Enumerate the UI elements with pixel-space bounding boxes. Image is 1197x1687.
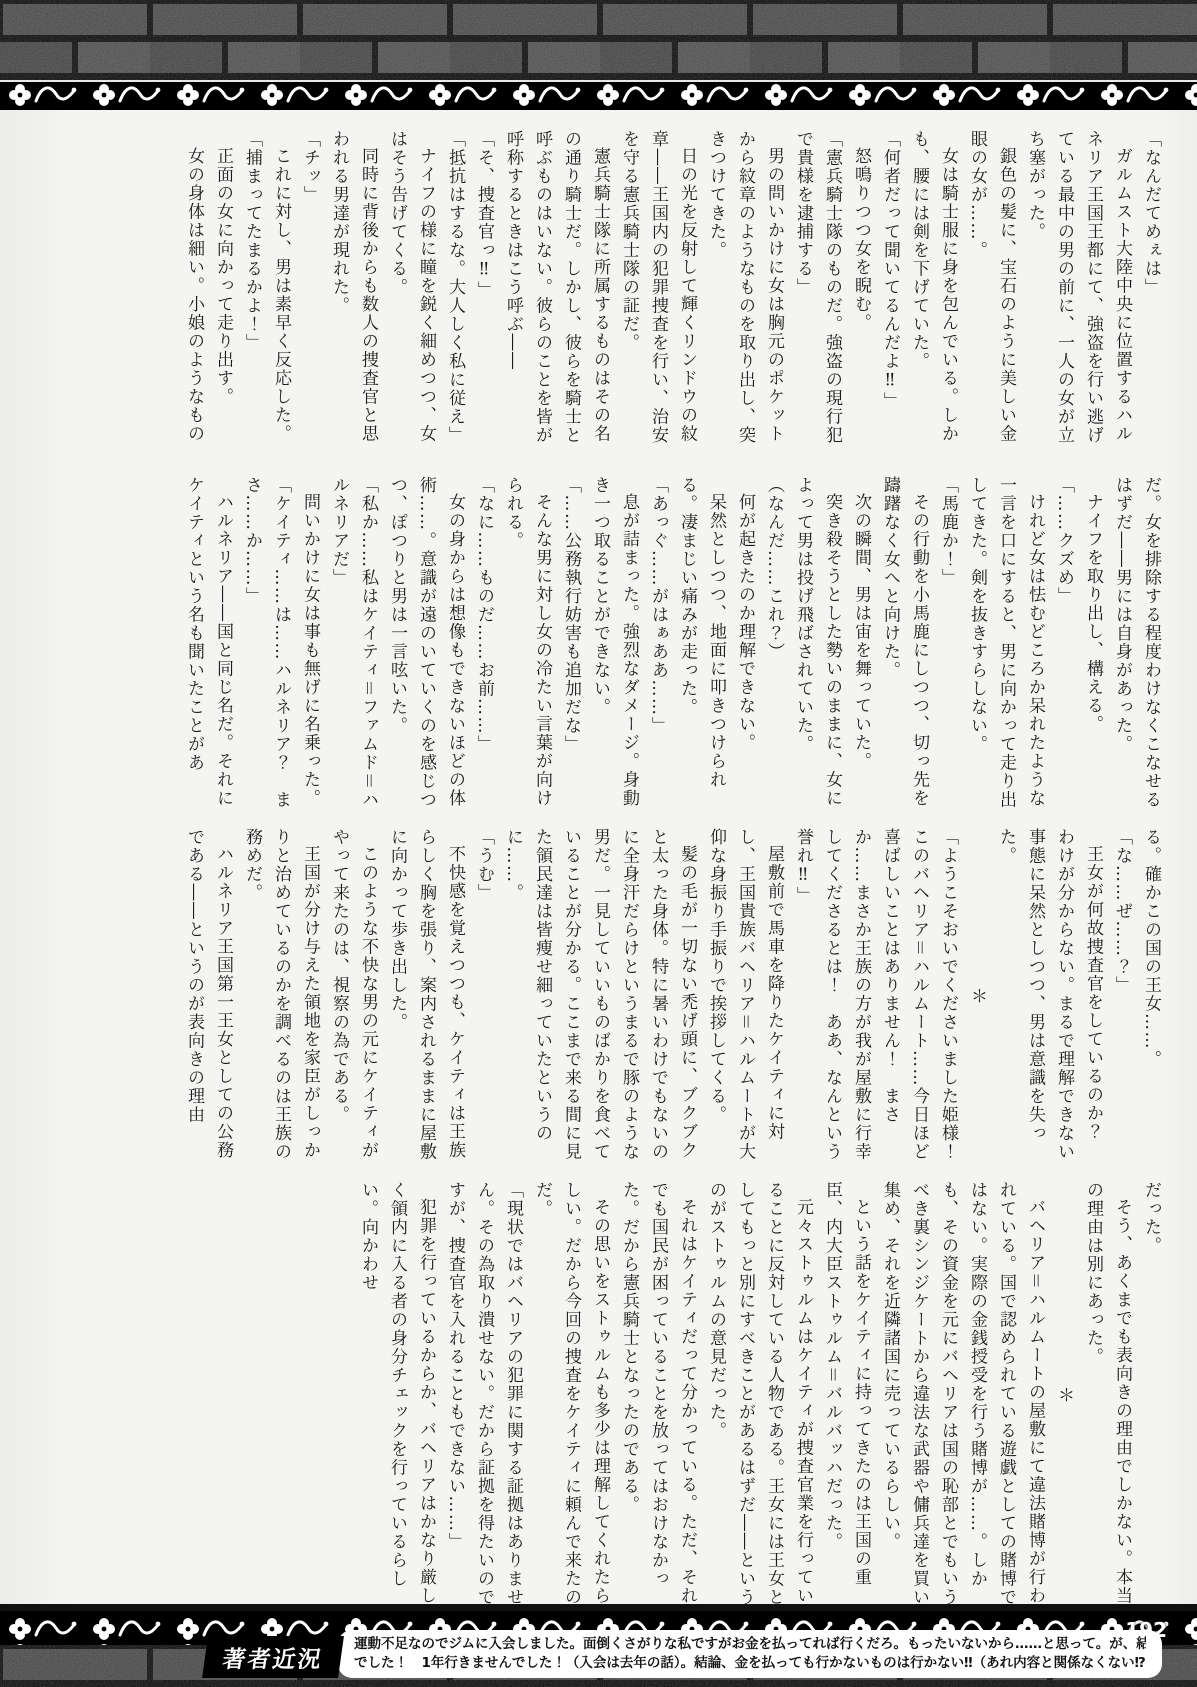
text-band-4: だった。そう、あくまでも表向きの理由でしかない。本当の理由は別にあった。＊バヘリ… [118,1181,1165,1609]
story-paragraph: （なんだ……これ？） [759,476,788,812]
story-paragraph: ナイフを取り出し、構える。 [1078,476,1107,812]
story-paragraph: ナイフの様に瞳を鋭く細めつつ、女はそう告げてくる。 [382,130,440,460]
story-paragraph: だ。女を排除する程度わけなくこなせるはずだ――男には自身があった。 [1107,476,1165,812]
story-paragraph: 犯罪を行っているからか、バヘリアはかなり厳しく領内に入る者の身分チェックを行って… [353,1181,440,1609]
story-paragraph: 王国が分け与えた領地を家臣がしっかりと治めているのかを調べるのは王族の務めだ。 [237,828,324,1165]
text-band-1: 「なんだてめぇは」ガルムスト大陸中央に位置するハルネリア王国王都にて、強盗を行い… [118,130,1165,460]
section-separator: ＊ [1049,1181,1078,1609]
story-paragraph: 「抵抗はするな。大人しく私に従え」 [440,130,469,460]
story-paragraph: 「チッ」 [295,130,324,460]
story-paragraph: 不快感を覚えつつも、ケイティは王族らしく胸を張り、案内されるままに屋敷に向かって… [382,828,469,1165]
text-band-2: だ。女を排除する程度わけなくこなせるはずだ――男には自身があった。ナイフを取り出… [118,476,1165,812]
story-paragraph: 「ケイティ……は……ハルネリア？ まさ……か……」 [237,476,295,812]
story-paragraph: それはケイティだって分かっている。ただ、それでも国民が困っていることを放ってはお… [614,1181,701,1609]
floral-ornament [0,82,1197,112]
story-paragraph: その思いをストゥルムも多少は理解してくれたらしい。だから今回の捜査をケイティに頼… [527,1181,614,1609]
story-paragraph: このような不快な男の元にケイティがやって来たのは、視察の為である。 [324,828,382,1165]
text-band-3: る。確かこの国の王女……。「な……ぜ……？」王女が何故捜査官をしているのか？ わ… [118,828,1165,1165]
story-paragraph: 次の瞬間、男は宙を舞っていた。 [846,476,875,812]
story-paragraph: ハルネリア――国と同じ名だ。それにケイティという名も聞いたことがあ [179,476,237,812]
author-status-label: 著者近況 [202,1636,344,1678]
ornament-border-top [0,80,1197,114]
story-paragraph: 「なんだてめぇは」 [1136,130,1165,460]
story-paragraph: そう、あくまでも表向きの理由でしかない。本当の理由は別にあった。 [1078,1181,1136,1609]
author-comment-line1: 運動不足なのでジムに入会しました。面倒くさがりな私ですがお金を払ってれば行くだろ… [354,1635,1146,1654]
story-paragraph: という話をケイティに持ってきたのは王国の重臣、内大臣ストゥルム＝バルバッハだった… [817,1181,875,1609]
story-paragraph: 何が起きたのか理解できない。 [730,476,759,812]
novel-page: 「なんだてめぇは」ガルムスト大陸中央に位置するハルネリア王国王都にて、強盗を行い… [0,0,1197,1687]
story-paragraph: 息が詰まった。強烈なダメージ。身動き一つ取ることができない。 [585,476,643,812]
story-paragraph: 男の問いかけに女は胸元のポケットから紋章のようなものを取り出し、突きつけてきた。 [701,130,788,460]
story-paragraph: 「そ、捜査官っ‼」 [469,130,498,460]
story-paragraph: 女は騎士服に身を包んでいる。しかも、腰には剣を下げていた。 [904,130,962,460]
story-paragraph: 正面の女に向かって走り出す。 [208,130,237,460]
story-paragraph: その行動を小馬鹿にしつつ、切っ先を躊躇なく女へと向けた。 [875,476,933,812]
story-paragraph: る。確かこの国の王女……。 [1136,828,1165,1165]
story-paragraph: バヘリア＝ハルムートの屋敷にて違法賭博が行われている。国で認められている遊戯とし… [875,1181,1049,1609]
story-paragraph: 「捕まってたまるかよ！」 [237,130,266,460]
story-paragraph: そんな男に対し女の冷たい言葉が向けられる。 [498,476,556,812]
story-paragraph: 「な……ぜ……？」 [1107,828,1136,1165]
story-paragraph: 王女が何故捜査官をしているのか？ わけが分からない。まるで理解できない事態に呆然… [991,828,1107,1165]
author-status-box: 運動不足なのでジムに入会しました。面倒くさがりな私ですがお金を払ってれば行くだろ… [338,1630,1162,1678]
story-paragraph: 女の身体は細い。小娘のようなもの [179,130,208,460]
story-paragraph: ハルネリア王国第一王女としての公務である――というのが表向きの理由 [179,828,237,1165]
story-paragraph: 呆然としつつ、地面に叩きつけられる。凄まじい痛みが走った。 [672,476,730,812]
story-paragraph: 日の光を反射して輝くリンドウの紋章――王国内の犯罪捜査を行い、治安を守る憲兵騎士… [614,130,701,460]
story-paragraph: 「何者だって聞いてるんだよ‼」 [875,130,904,460]
story-paragraph: 屋敷前で馬車を降りたケイティに対し、王国貴族バヘリア＝ハルムートが大仰な身振り手… [701,828,788,1165]
story-paragraph: 髪の毛が一切ない禿げ頭に、ブクブクと太った身体。特に暑いわけでもないのに全身汗だ… [498,828,701,1165]
story-paragraph: 「馬鹿か！」 [933,476,962,812]
story-paragraph: これに対し、男は素早く反応した。 [266,130,295,460]
story-paragraph: 同時に背後からも数人の捜査官と思われる男達が現れた。 [324,130,382,460]
story-paragraph: 問いかけに女は事も無げに名乗った。 [295,476,324,812]
story-paragraph: 「ようこそおいでくださいました姫様！ このバヘリア＝ハルムート……今日ほど喜ばし… [788,828,962,1165]
section-separator: ＊ [962,828,991,1165]
story-paragraph: ガルムスト大陸中央に位置するハルネリア王国王都にて、強盗を行い逃げている最中の男… [1020,130,1136,460]
story-paragraph: 憲兵騎士隊に所属するものはその名の通り騎士だ。しかし、彼らを騎士と呼ぶものはいな… [498,130,614,460]
brick-border-top [0,0,1197,80]
story-paragraph: 「……クズめ」 [1049,476,1078,812]
story-paragraph: 怒鳴りつつ女を睨む。 [846,130,875,460]
author-comment-line2: でした！ 1年行きませんでした！（入会は去年の話）。結論、金を払っても行かないも… [354,1654,1146,1673]
story-paragraph: 突き殺そうとした勢いのままに、女によって男は投げ飛ばされていた。 [788,476,846,812]
story-paragraph: 女の身からは想像もできないほどの体術……。意識が遠のいていくのを感じつつ、ぽつり… [382,476,469,812]
story-paragraph: 「……公務執行妨害も追加だな」 [556,476,585,812]
story-paragraph: 「私か……私はケイティ＝ファムド＝ハルネリアだ」 [324,476,382,812]
story-paragraph: だった。 [1136,1181,1165,1609]
story-paragraph: 銀色の髪に、宝石のように美しい金眼の女が……。 [962,130,1020,460]
story-paragraph: 「なに……ものだ……お前……」 [469,476,498,812]
story-paragraph: 元々ストゥルムはケイティが捜査官業を行っていることに反対している人物である。王女… [701,1181,817,1609]
story-text-area: 「なんだてめぇは」ガルムスト大陸中央に位置するハルネリア王国王都にて、強盗を行い… [0,110,1197,1611]
story-paragraph: けれど女は怯むどころか呆れたような一言を口にすると、男に向かって走り出してきた。… [962,476,1049,812]
story-paragraph: 「うむ」 [469,828,498,1165]
brick-texture [0,0,1197,80]
story-paragraph: 「憲兵騎士隊のものだ。強盗の現行犯で貴様を逮捕する」 [788,130,846,460]
story-paragraph: 「現状ではバヘリアの犯罪に関する証拠はありません。その為取り潰せない。だから証拠… [440,1181,527,1609]
story-paragraph: 「あっぐ……がはぁああ……」 [643,476,672,812]
